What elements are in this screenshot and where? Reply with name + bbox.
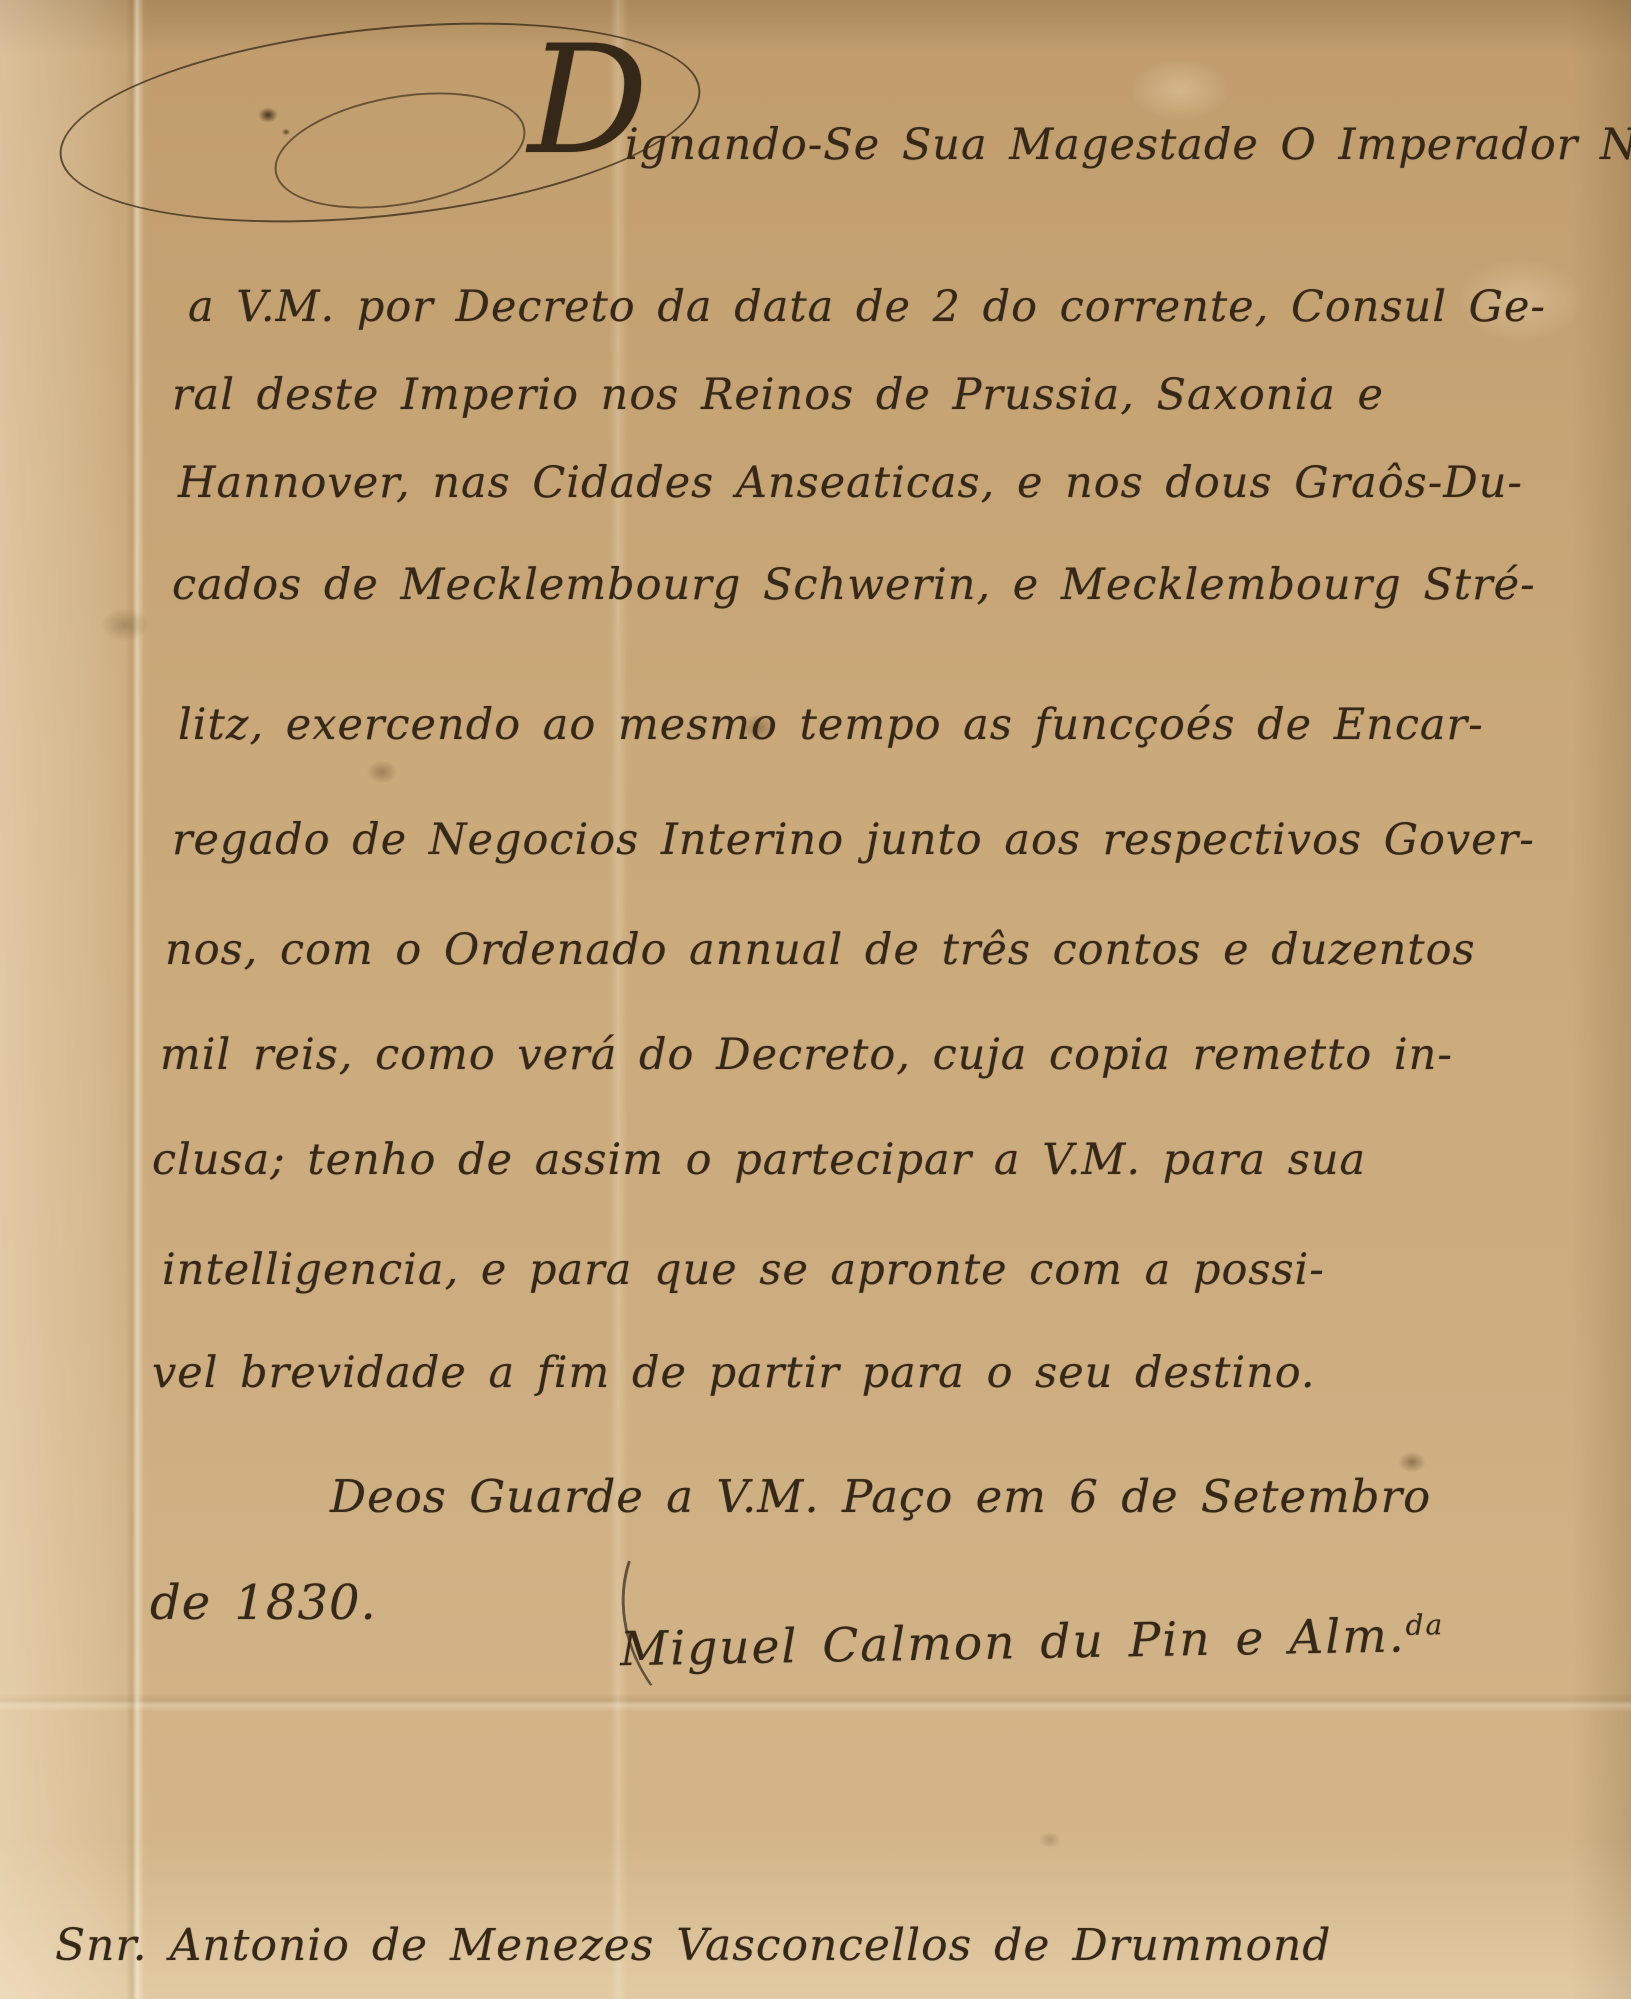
addressee-line: Snr. Antonio de Menezes Vasconcellos de … bbox=[55, 1920, 1331, 1971]
letter-line: Hannover, nas Cidades Anseaticas, e nos … bbox=[178, 458, 1523, 508]
letter-line: ignando-Se Sua Magestade O Imperador Nom… bbox=[625, 120, 1631, 170]
closing-line: Deos Guarde a V.M. Paço em 6 de Setembro bbox=[330, 1470, 1431, 1523]
letter-line: nos, com o Ordenado annual de três conto… bbox=[165, 925, 1476, 975]
letter-page: D ignando-Se Sua Magestade O Imperador N… bbox=[0, 0, 1631, 1999]
signature-superscript: da bbox=[1405, 1608, 1444, 1642]
signature-flourish bbox=[581, 1560, 802, 1761]
letter-line: clusa; tenho de assim o partecipar a V.M… bbox=[152, 1135, 1366, 1185]
letter-line: cados de Mecklembourg Schwerin, e Meckle… bbox=[172, 560, 1536, 610]
letter-line: vel brevidade a fim de partir para o seu… bbox=[152, 1348, 1316, 1398]
letter-line: mil reis, como verá do Decreto, cuja cop… bbox=[160, 1030, 1453, 1080]
date-line: de 1830. bbox=[150, 1575, 377, 1631]
letter-line: regado de Negocios Interino junto aos re… bbox=[172, 815, 1535, 865]
letter-line: litz, exercendo ao mesmo tempo as funcço… bbox=[178, 700, 1484, 750]
letter-line: intelligencia, e para que se apronte com… bbox=[162, 1245, 1325, 1295]
letter-line: a V.M. por Decreto da data de 2 do corre… bbox=[188, 282, 1546, 332]
ornate-initial: D bbox=[58, 18, 718, 248]
letter-line: ral deste Imperio nos Reinos de Prussia,… bbox=[172, 370, 1384, 420]
